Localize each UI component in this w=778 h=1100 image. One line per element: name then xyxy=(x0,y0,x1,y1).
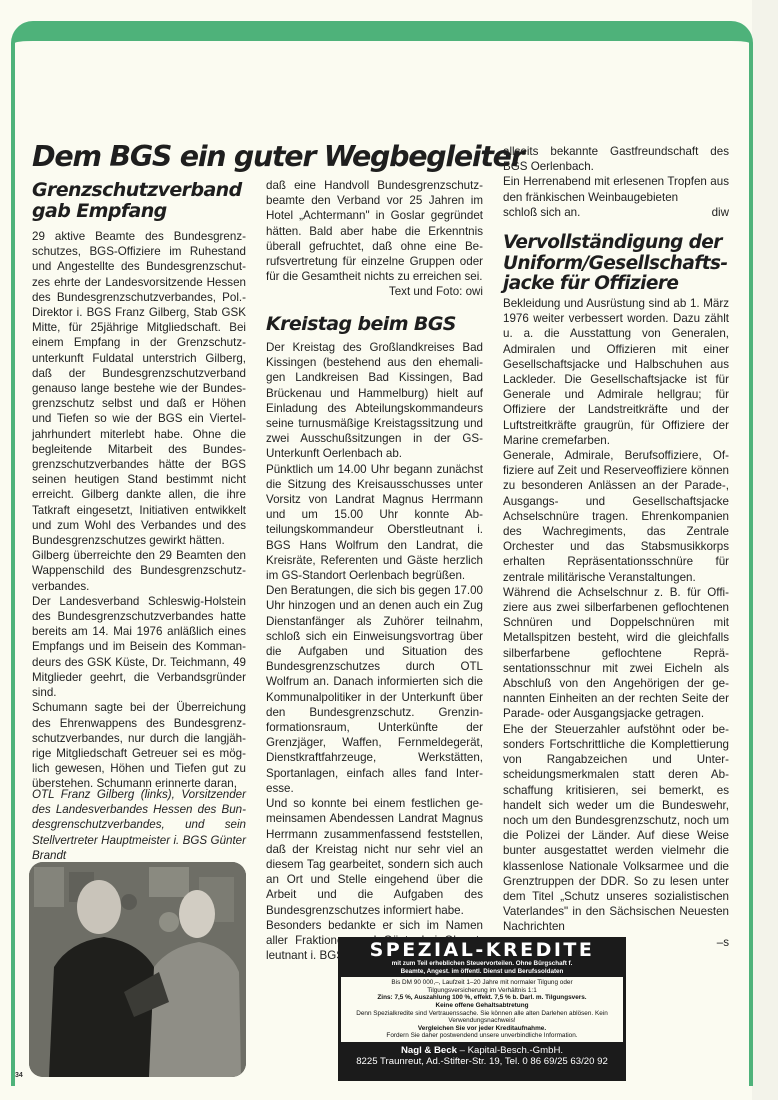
article-body-grenzschutzverband: 29 aktive Beamte des Bundesgrenz­schutze… xyxy=(32,229,246,792)
ad-line: Denn Spezialkredite sind Vertrauenssache… xyxy=(343,1010,621,1025)
ad-line-rate: Zins: 7,5 %, Auszahlung 100 %, effekt. 7… xyxy=(343,994,621,1002)
paragraph: 29 aktive Beamte des Bundesgrenz­schutze… xyxy=(32,229,246,548)
paragraph: Den Beratungen, die sich bis gegen 17.00… xyxy=(266,583,483,796)
ad-terms-box: Bis DM 90 000,–, Laufzeit 1–20 Jahre mit… xyxy=(341,977,623,1042)
paragraph: daß eine Handvoll Bundesgrenzschutz­beam… xyxy=(266,178,483,284)
paragraph: allseits bekannte Gastfreundschaft des B… xyxy=(503,144,729,174)
article-heading-grenzschutzverband: Grenzschutzverband gab Empfang xyxy=(32,180,262,222)
article-body-kreistag: Der Kreistag des Großlandkreises Bad Kis… xyxy=(266,340,483,963)
article-body-grenzschutzverband-continued: daß eine Handvoll Bundesgrenzschutz­beam… xyxy=(266,178,483,300)
photo-caption: OTL Franz Gilberg (links), Vorsitzender … xyxy=(32,787,246,863)
magazine-page: Dem BGS ein guter Wegbegleiter Grenzschu… xyxy=(0,0,778,1100)
paragraph: Ehe der Steuerzahler aufstöhnt oder be­s… xyxy=(503,722,729,935)
paragraph: Während die Achselschnur z. B. für Offi­… xyxy=(503,585,729,722)
article-heading-kreistag: Kreistag beim BGS xyxy=(266,314,456,335)
article-photo xyxy=(29,862,246,1077)
ad-company-name: Nagl & Beck xyxy=(401,1045,457,1056)
advertisement-spezial-kredite: SPEZIAL-KREDITE mit zum Teil erheblichen… xyxy=(338,937,626,1081)
paragraph: Schumann sagte bei der Überreichung des … xyxy=(32,700,246,791)
credit-line: Text und Foto: owi xyxy=(266,284,483,299)
ad-subtitle-1: mit zum Teil erheblichen Steuervorteilen… xyxy=(341,960,623,968)
ad-address: 8225 Traunreut, Ad.-Stifter-Str. 19, Tel… xyxy=(341,1056,623,1068)
paragraph: Der Landesverband Schleswig-Holstein des… xyxy=(32,594,246,700)
ad-subtitle-2: Beamte, Angest. im öffentl. Dienst und B… xyxy=(341,968,623,976)
article-body-kreistag-continued: allseits bekannte Gastfreundschaft des B… xyxy=(503,144,729,220)
ad-company-info: Nagl & Beck – Kapital-Besch.-GmbH. 8225 … xyxy=(341,1042,623,1068)
paragraph: Der Kreistag des Großlandkreises Bad Kis… xyxy=(266,340,483,462)
paragraph: Bekleidung und Ausrüstung sind ab 1. Mär… xyxy=(503,296,729,448)
article-body-uniform: Bekleidung und Ausrüstung sind ab 1. Mär… xyxy=(503,296,729,950)
ad-line: Keine offene Gehaltsabtretung xyxy=(343,1002,621,1010)
ad-line: Tilgungsversicherung im Verhältnis 1:1 xyxy=(343,987,621,995)
ad-company-suffix: – Kapital-Besch.-GmbH. xyxy=(457,1045,563,1056)
page-number: 34 xyxy=(15,1072,23,1079)
two-officers-photo-icon xyxy=(29,862,246,1077)
paragraph: Gilberg überreichte den 29 Beamten den W… xyxy=(32,548,246,594)
paragraph: Ein Herrenabend mit erlesenen Tropfen au… xyxy=(503,174,729,204)
credit-line: schloß sich an.diw xyxy=(503,205,729,220)
paragraph: Und so konnte bei einem festlichen ge­me… xyxy=(266,796,483,918)
ad-line: Bis DM 90 000,–, Laufzeit 1–20 Jahre mit… xyxy=(343,979,621,987)
ad-line: Fordern Sie daher postwendend unsere unv… xyxy=(343,1032,621,1040)
author-credit: Text und Foto: owi xyxy=(389,284,483,299)
paragraph: Pünktlich um 14.00 Uhr begann zu­nächst … xyxy=(266,462,483,584)
ad-title: SPEZIAL-KREDITE xyxy=(341,940,623,960)
author-credit: diw xyxy=(712,205,729,220)
page-title: Dem BGS ein guter Wegbegleiter xyxy=(32,140,523,173)
author-credit: –s xyxy=(717,935,729,950)
ad-line: Vergleichen Sie vor jeder Kreditaufnahme… xyxy=(343,1025,621,1033)
article-heading-uniform: Vervollständigung der Uniform/Gesellscha… xyxy=(503,233,753,295)
paragraph: Generale, Admirale, Berufsoffiziere, Of­… xyxy=(503,448,729,585)
